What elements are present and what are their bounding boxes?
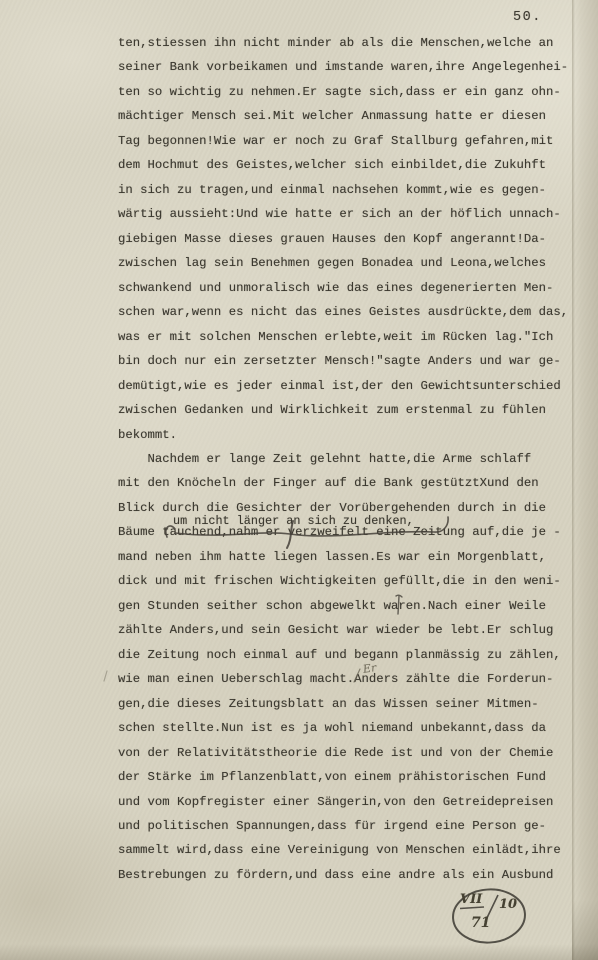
typed-line: mächtiger Mensch sei.Mit welcher Anmassu… [118, 104, 578, 128]
typed-line: in sich zu tragen,und einmal nachsehen k… [118, 178, 578, 202]
typed-line: Nachdem er lange Zeit gelehnt hatte,die … [118, 447, 578, 471]
typed-line: bekommt. [118, 423, 578, 447]
typed-line: Bestrebungen zu fördern,und dass eine an… [118, 863, 578, 887]
pencil-correction: Er [362, 661, 377, 676]
typed-line: mand neben ihm hatte liegen lassen.Es wa… [118, 545, 578, 569]
typed-line: ten so wichtig zu nehmen.Er sagte sich,d… [118, 80, 578, 104]
typed-line: schen stellte.Nun ist es ja wohl niemand… [118, 716, 578, 740]
typed-line: dick und mit frischen Wichtigkeiten gefü… [118, 569, 578, 593]
typed-line: seiner Bank vorbeikamen und imstande war… [118, 55, 578, 79]
typescript-body: ten,stiessen ihn nicht minder ab als die… [118, 31, 578, 887]
typed-line: gen Stunden seither schon abgewelkt ware… [118, 594, 578, 618]
typed-line: zwischen lag sein Benehmen gegen Bonadea… [118, 251, 578, 275]
stamp-numerator: VII [460, 892, 482, 907]
typed-line: dem Hochmut des Geistes,welcher sich ein… [118, 153, 578, 177]
typed-line: demütigt,wie es jeder einmal ist,der den… [118, 374, 578, 398]
typed-line: Tag begonnen!Wie war er noch zu Graf Sta… [118, 129, 578, 153]
typed-line: sammelt wird,dass eine Vereinigung von M… [118, 838, 578, 862]
typed-line: wärtig aussieht:Und wie hatte er sich an… [118, 202, 578, 226]
typed-line: schwankend und unmoralisch wie das eines… [118, 276, 578, 300]
typed-line: von der Relativitätstheorie die Rede ist… [118, 741, 578, 765]
typed-line: bin doch nur ein zersetzter Mensch!"sagt… [118, 349, 578, 373]
typed-line: und politischen Spannungen,dass für irge… [118, 814, 578, 838]
typed-line: gen,die dieses Zeitungsblatt an das Wiss… [118, 692, 578, 716]
typed-line: ten,stiessen ihn nicht minder ab als die… [118, 31, 578, 55]
page-number: 50. [513, 10, 542, 25]
typed-line: schen war,wenn es nicht das eines Geiste… [118, 300, 578, 324]
typed-line: wie man einen Ueberschlag macht.Anders z… [118, 667, 578, 691]
manuscript-page: 50. ten,stiessen ihn nicht minder ab als… [0, 0, 598, 960]
typed-line: was er mit solchen Menschen erlebte,weit… [118, 325, 578, 349]
stamp-lower: 71 [471, 915, 490, 931]
typed-line: der Stärke im Pflanzenblatt,von einem pr… [118, 765, 578, 789]
typed-line: giebigen Masse dieses grauen Hauses den … [118, 227, 578, 251]
interline-insertion: um nicht länger an sich zu denken, [173, 514, 414, 528]
typed-line: zwischen Gedanken und Wirklichkeit zum e… [118, 398, 578, 422]
typed-line: die Zeitung noch einmal auf und begann p… [118, 643, 578, 667]
margin-tick-mark [104, 671, 107, 681]
typed-line: und vom Kopfregister einer Sängerin,von … [118, 790, 578, 814]
archive-stamp: VII 10 71 [447, 886, 531, 948]
typed-line: mit den Knöcheln der Finger auf die Bank… [118, 471, 578, 495]
stamp-denominator: 10 [499, 897, 517, 912]
typed-line: zählte Anders,und sein Gesicht war wiede… [118, 618, 578, 642]
